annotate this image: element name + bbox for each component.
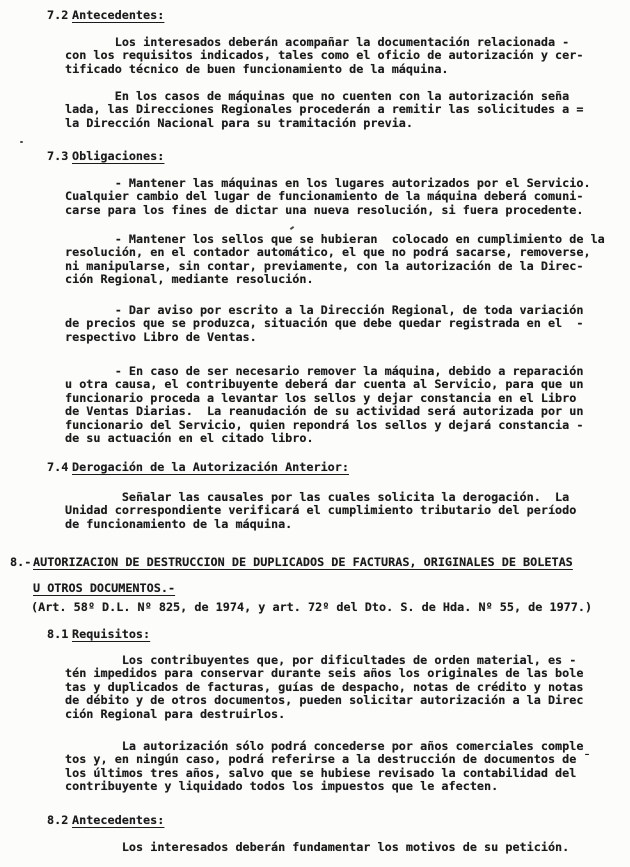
section-8-1-paragraph-1: Los contribuyentes que, por dificultades… — [65, 654, 583, 721]
section-7-4-paragraph-1: Señalar las causales por las cuales soli… — [65, 491, 576, 531]
section-7-3-paragraph-4: - En caso de ser necesario remover la má… — [65, 365, 583, 446]
section-8-heading-line2: U OTROS DOCUMENTOS.- — [33, 582, 175, 595]
section-7-3-paragraph-2: - Mantener los sellos que se hubieran co… — [65, 233, 605, 287]
section-8-heading-line1: AUTORIZACION DE DESTRUCCION DE DUPLICADO… — [33, 556, 573, 569]
section-7-2-number: 7.2 — [47, 9, 68, 22]
section-8-1-heading: Requisitos: — [72, 628, 150, 641]
section-7-2-paragraph-1: Los interesados deberán acompañar la doc… — [65, 36, 583, 76]
section-7-3-number: 7.3 — [47, 150, 68, 163]
section-8-2-heading: Antecedentes: — [72, 814, 164, 827]
section-7-3-paragraph-1: - Mantener las máquinas en los lugares a… — [65, 177, 591, 217]
section-8-1-number: 8.1 — [47, 628, 68, 641]
section-7-2-heading: Antecedentes: — [72, 9, 164, 22]
section-7-3-heading: Obligaciones: — [72, 150, 164, 163]
scan-noise-dot — [20, 141, 23, 143]
section-8-legal-reference: (Art. 58º D.L. Nº 825, de 1974, y art. 7… — [31, 601, 592, 614]
section-8-2-paragraph-1: Los interesados deberán fundamentar los … — [65, 841, 569, 854]
scanned-document-page: 7.2 Antecedentes: Los interesados deberá… — [0, 0, 630, 867]
section-7-4-heading: Derogación de la Autorización Anterior: — [72, 461, 349, 474]
section-8-2-number: 8.2 — [47, 814, 68, 827]
section-7-3-paragraph-3: - Dar aviso por escrito a la Dirección R… — [65, 304, 583, 344]
scan-noise-tick — [290, 226, 294, 230]
section-7-4-number: 7.4 — [47, 461, 68, 474]
section-8-1-paragraph-2: La autorización sólo podrá concederse po… — [65, 740, 591, 794]
section-8-number: 8.- — [10, 556, 31, 569]
section-7-2-paragraph-2: En los casos de máquinas que no cuenten … — [65, 90, 583, 130]
